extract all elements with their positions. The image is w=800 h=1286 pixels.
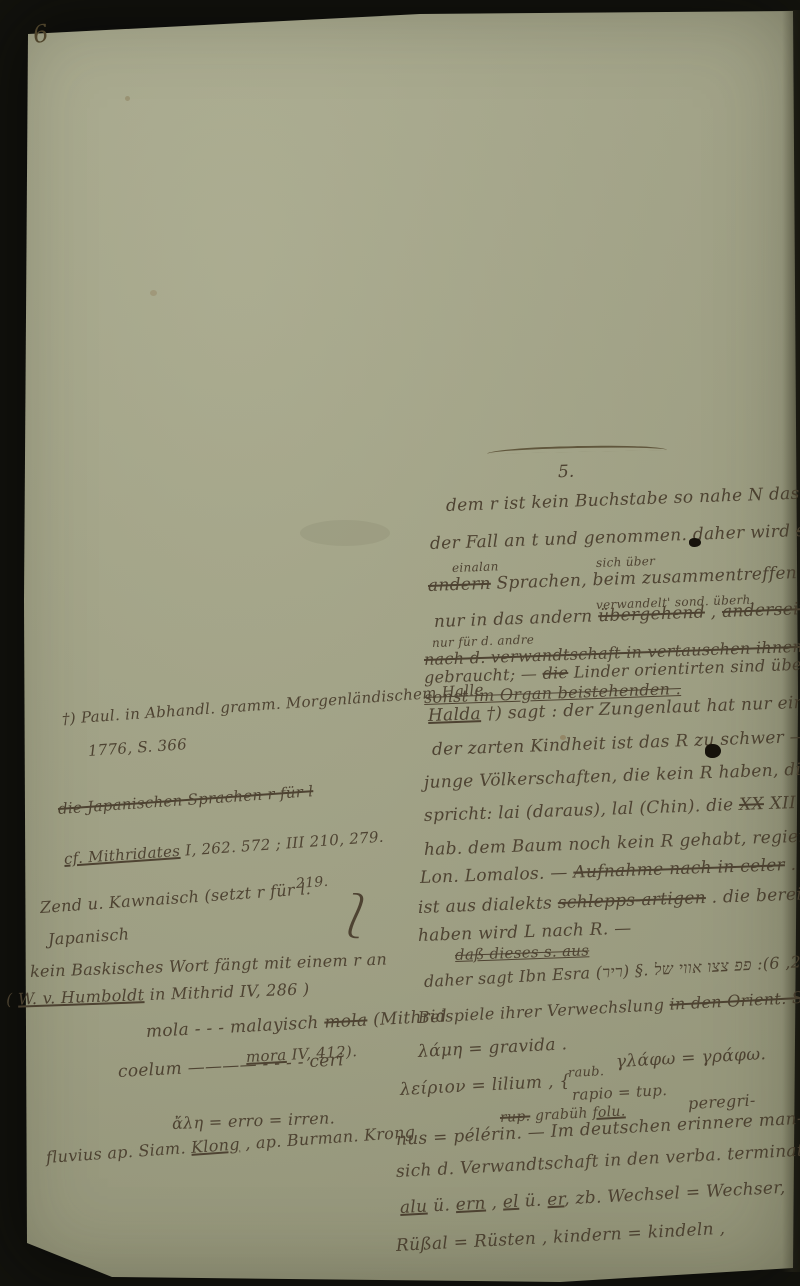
- ink-blot: [689, 538, 701, 547]
- manuscript-scan: 6 5. dem r ist kein Buchstabe so nahe N …: [0, 0, 800, 1286]
- ink-blots: [0, 0, 800, 1286]
- ink-blot: [705, 744, 721, 758]
